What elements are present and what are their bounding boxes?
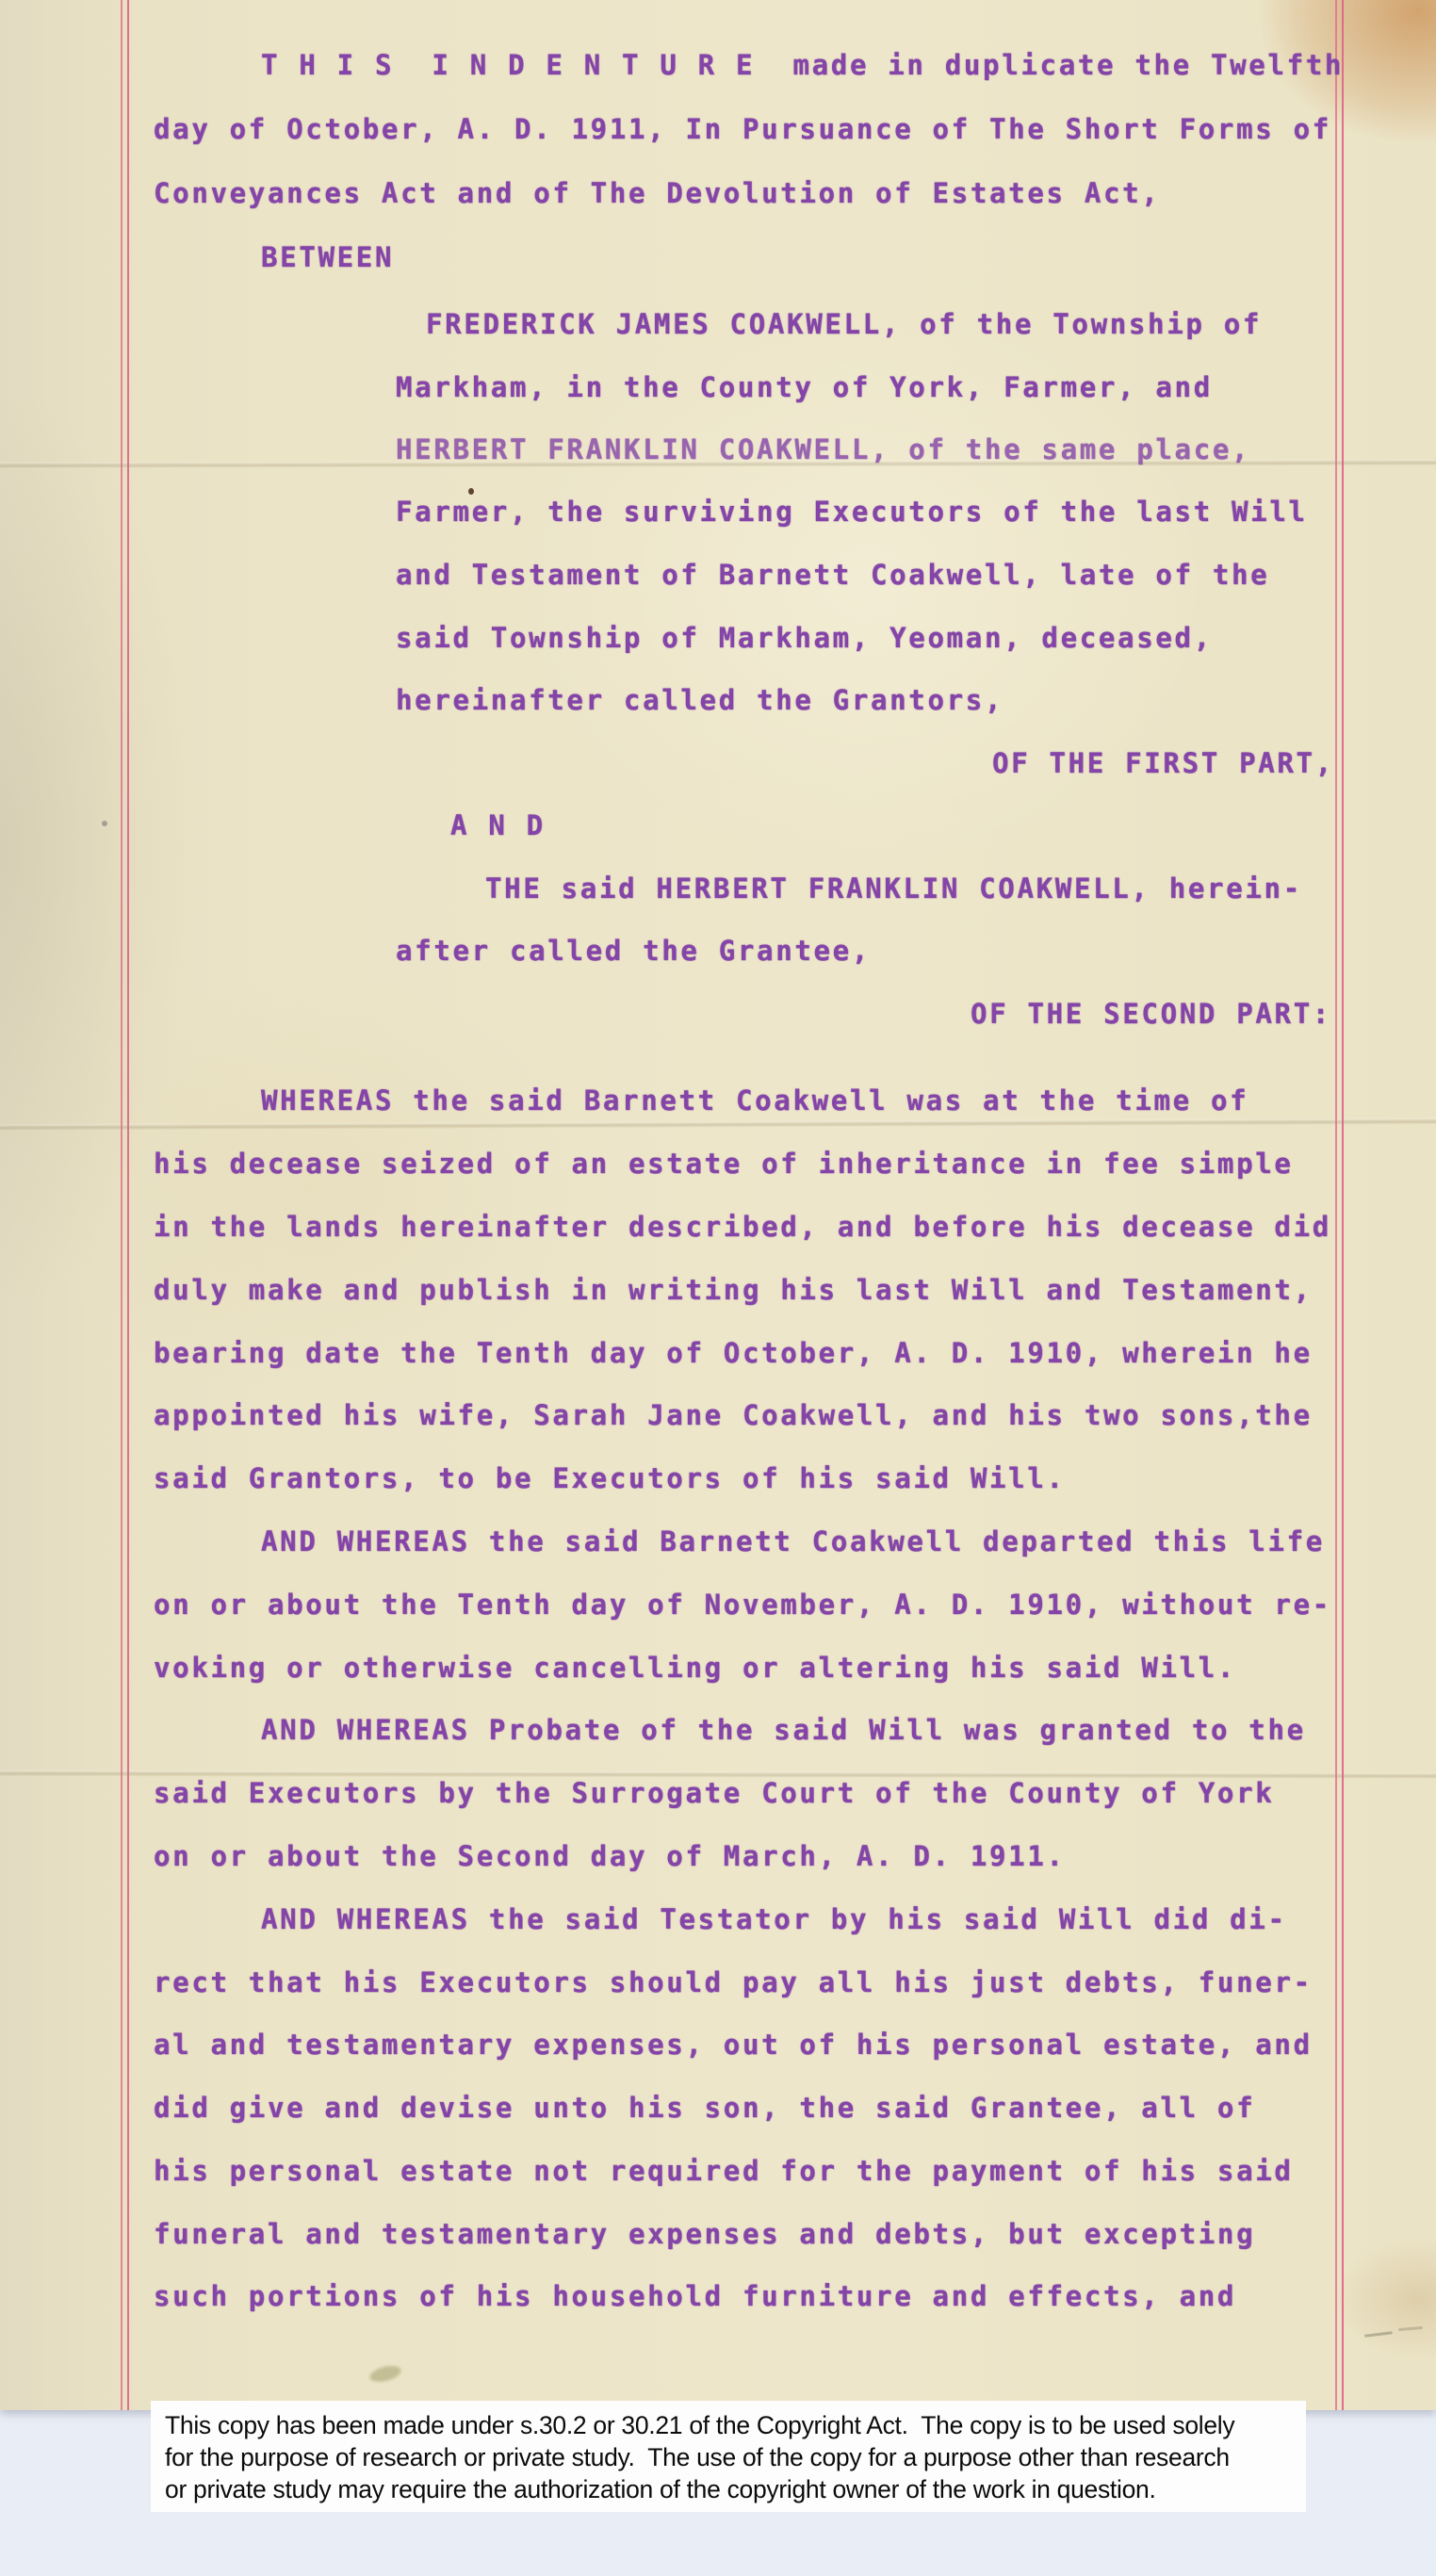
typed-line: appointed his wife, Sarah Jane Coakwell,… <box>154 1401 1313 1429</box>
typed-line: al and testamentary expenses, out of his… <box>154 2030 1313 2059</box>
copyright-line: or private study may require the authori… <box>165 2473 1306 2505</box>
pencil-mark <box>1364 2331 1393 2338</box>
smudge-stain <box>368 2363 403 2385</box>
typed-line: A N D <box>450 811 546 840</box>
typed-line: BETWEEN <box>261 243 394 271</box>
typed-line: OF THE SECOND PART: <box>971 1000 1331 1028</box>
typed-line: T H I S I N D E N T U R E made in duplic… <box>261 51 1344 79</box>
typed-line: such portions of his household furniture… <box>154 2282 1236 2310</box>
typed-line: THE said HERBERT FRANKLIN COAKWELL, here… <box>485 874 1302 903</box>
typed-line: Markham, in the County of York, Farmer, … <box>396 373 1213 401</box>
typed-line: said Township of Markham, Yeoman, deceas… <box>396 624 1213 652</box>
typed-line: did give and devise unto his son, the sa… <box>154 2094 1255 2122</box>
right-margin-rule <box>1335 0 1344 2410</box>
pencil-mark <box>1398 2326 1423 2331</box>
copyright-line: This copy has been made under s.30.2 or … <box>165 2409 1306 2441</box>
typed-line: AND WHEREAS the said Testator by his sai… <box>261 1905 1287 1933</box>
typed-line: his decease seized of an estate of inher… <box>154 1149 1294 1178</box>
typed-line: voking or otherwise cancelling or alteri… <box>154 1654 1236 1682</box>
typed-line: on or about the Second day of March, A. … <box>154 1842 1066 1870</box>
typed-line: rect that his Executors should pay all h… <box>154 1968 1313 1997</box>
typed-line: and Testament of Barnett Coakwell, late … <box>396 561 1269 589</box>
typed-line: in the lands hereinafter described, and … <box>154 1213 1331 1241</box>
copyright-notice: This copy has been made under s.30.2 or … <box>151 2401 1306 2512</box>
fold-crease-middle <box>0 1118 1436 1132</box>
typed-line: HERBERT FRANKLIN COAKWELL, of the same p… <box>396 435 1250 464</box>
typed-line: after called the Grantee, <box>396 937 871 965</box>
typed-line: day of October, A. D. 1911, In Pursuance… <box>154 115 1331 143</box>
ink-speck <box>102 821 107 826</box>
typed-line: hereinafter called the Grantors, <box>396 686 1004 714</box>
typed-line: OF THE FIRST PART, <box>992 749 1334 777</box>
copyright-line: for the purpose of research or private s… <box>165 2441 1306 2473</box>
document-paper: T H I S I N D E N T U R E made in duplic… <box>0 0 1436 2410</box>
typed-line: on or about the Tenth day of November, A… <box>154 1590 1331 1619</box>
ink-speck <box>468 488 474 495</box>
typed-line: Conveyances Act and of The Devolution of… <box>154 179 1160 207</box>
typed-line: said Grantors, to be Executors of his sa… <box>154 1464 1066 1492</box>
typed-line: AND WHEREAS the said Barnett Coakwell de… <box>261 1527 1325 1556</box>
typed-line: funeral and testamentary expenses and de… <box>154 2220 1255 2248</box>
left-margin-rule <box>121 0 129 2410</box>
typed-line: said Executors by the Surrogate Court of… <box>154 1779 1274 1807</box>
typed-line: bearing date the Tenth day of October, A… <box>154 1339 1313 1367</box>
typed-line: WHEREAS the said Barnett Coakwell was at… <box>261 1086 1248 1115</box>
typed-line: his personal estate not required for the… <box>154 2157 1294 2185</box>
typed-line: FREDERICK JAMES COAKWELL, of the Townshi… <box>426 310 1262 338</box>
typed-line: AND WHEREAS Probate of the said Will was… <box>261 1716 1306 1744</box>
typed-line: Farmer, the surviving Executors of the l… <box>396 497 1308 526</box>
typed-line: duly make and publish in writing his las… <box>154 1276 1313 1304</box>
